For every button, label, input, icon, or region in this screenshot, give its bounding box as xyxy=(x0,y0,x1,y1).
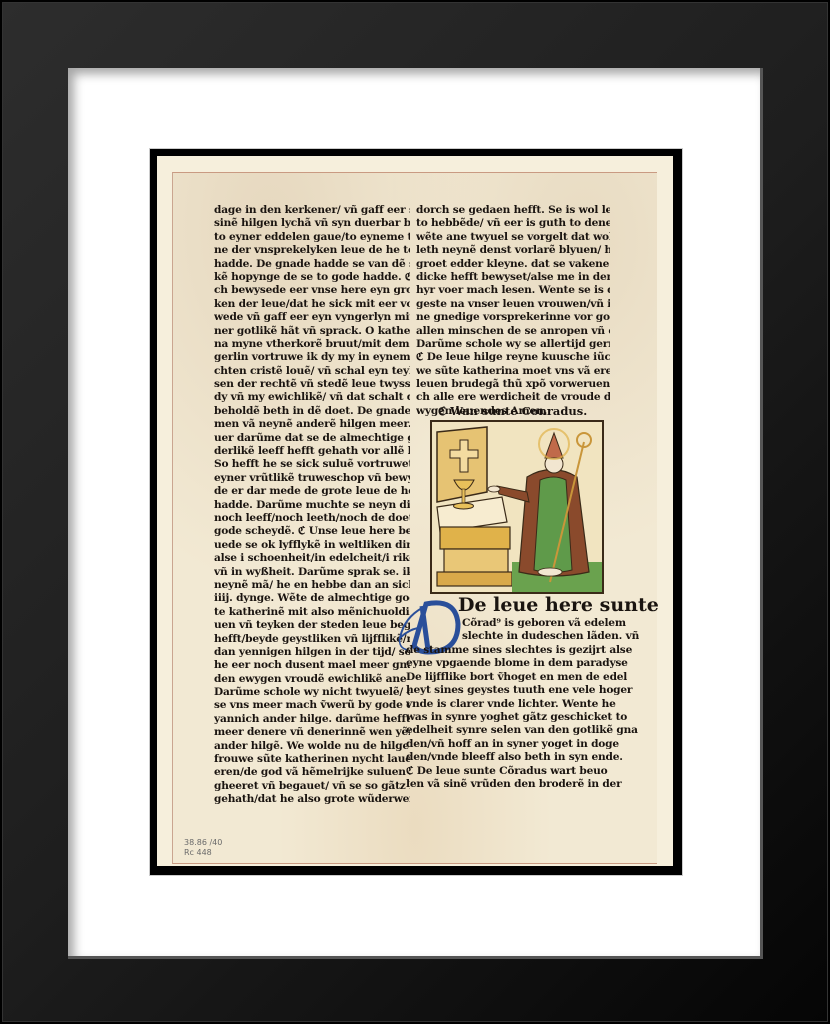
section-title: De leue here sunte xyxy=(458,594,659,616)
text-line: vñ in wyßheit. Darũme sprak se. ik wil xyxy=(214,566,410,579)
text-line: geste na vnser leuen vrouwen/vñ is ey xyxy=(416,298,610,311)
text-line: Cõrad⁹ is geboren vã edelem xyxy=(462,617,639,630)
text-line: dicke hefft bewyset/alse me in den teykẽ xyxy=(416,271,610,284)
text-line: noch leeff/noch leeth/noch de doet van xyxy=(214,512,410,525)
saint-conrad-woodcut-icon xyxy=(432,422,602,592)
text-line: gehath/dat he also grote wũderwerke xyxy=(214,793,410,806)
text-line: Darũme schole wy se allertijd gerne erẽ xyxy=(416,338,610,351)
text-line: to hebbẽde/ vñ eer is guth to denende. xyxy=(416,217,610,230)
text-line: derlikẽ leeff hefft gehath vor allẽ hilg… xyxy=(214,445,410,458)
text-line: len vã sinẽ vrũden den broderẽ in der xyxy=(406,778,638,791)
text-line: uede se ok lyfflykẽ in weltliken dingen/ xyxy=(214,539,410,552)
text-line: dorch se gedaen hefft. Se is wol leeff xyxy=(416,204,610,217)
left-text-column: dage in den kerkener/ vñ gaff eer sulues… xyxy=(214,204,410,807)
text-line: vnde is clarer vnde lichter. Wente he xyxy=(406,698,638,711)
text-line: hadde. De gnade hadde se van dẽ star xyxy=(214,258,410,271)
text-line: beholdẽ beth in dẽ doet. De gnade lest xyxy=(214,405,410,418)
text-line: na myne vtherkorẽ bruut/mit dem vin xyxy=(214,338,410,351)
text-line: dage in den kerkener/ vñ gaff eer sulue xyxy=(214,204,410,217)
text-line: De lijfflike bort ṽhoget en men de edel xyxy=(406,671,638,684)
text-line: de er dar mede de grote leue de he to er xyxy=(214,485,410,498)
text-line: ne der vnsprekelyken leue de he to eer xyxy=(214,244,410,257)
text-line: ℭ De leue hilge reyne kuusche iũcfrou xyxy=(416,351,610,364)
text-line: eren/de god vã hẽmelrijke suluen hefft xyxy=(214,766,410,779)
text-line: frouwe sũte katherinen nycht lauen vñ xyxy=(214,753,410,766)
text-line: wede vñ gaff eer eyn vyngerlyn mit si xyxy=(214,311,410,324)
text-line: slechte in dudeschen lãden. vñ xyxy=(462,630,639,643)
text-line: to eyner eddelen gaue/to eyneme teyke xyxy=(214,231,410,244)
text-line: hadde. Darũme muchte se neyn dinck xyxy=(214,499,410,512)
text-line: edelheit synre selen van den gotlikẽ gna xyxy=(406,724,638,737)
section-heading: ℭ Wan sunte Conradus. xyxy=(438,404,587,418)
text-line: den ewygen vroudẽ ewichlikẽ ane ende xyxy=(214,673,410,686)
text-line: we sũte katherina moet vns vã ereme xyxy=(416,365,610,378)
text-line: chten cristẽ louẽ/ vñ schal eyn teykẽ we xyxy=(214,365,410,378)
text-line: ch alle ere werdicheit de vroude des e- xyxy=(416,391,610,404)
text-line: uen vñ teyken der steden leue beghauet xyxy=(214,619,410,632)
right-text-column-bottom: de stamme sines slechtes is gezijrt alse… xyxy=(406,644,638,791)
text-line: So hefft he se sick suluẽ vortruwet mit xyxy=(214,458,410,471)
text-line: he eer noch dusent mael meer gnadẽ in xyxy=(214,659,410,672)
catalog-number: Rc 448 xyxy=(184,848,222,858)
woodcut-illustration xyxy=(430,420,604,594)
text-line: hefft/beyde geystliken vñ lijfflikẽ/meer xyxy=(214,633,410,646)
text-line: yannich ander hilge. darũme hefft se ok xyxy=(214,713,410,726)
text-line: ne gnedige vorsprekerinne vor gode/ xyxy=(416,311,610,324)
text-line: Darũme schole wy nicht twyuelẽ/ dat xyxy=(214,686,410,699)
picture-frame: dage in den kerkener/ vñ gaff eer sulues… xyxy=(0,0,830,1024)
collection-annotation: 38.86 /40 Rc 448 xyxy=(184,838,222,858)
text-line: gheeret vñ begauet/ vñ se so gãtz leeff xyxy=(214,780,410,793)
text-line: men vã neynẽ anderẽ hilgen meer. A- xyxy=(214,418,410,431)
text-line: te katherinẽ mit also mẽnichuoldigẽ ga xyxy=(214,606,410,619)
text-line: kẽ hopynge de se to gode hadde. ℭ No xyxy=(214,271,410,284)
text-line: dy vñ my ewichlikẽ/ vñ dat schalt du xyxy=(214,391,410,404)
text-line: sinẽ hilgen lychã vñ syn duerbar bloet xyxy=(214,217,410,230)
text-line: ner gotlikẽ hãt vñ sprack. O kathery- xyxy=(214,325,410,338)
text-line: ken der leue/dat he sick mit eer vortru- xyxy=(214,298,410,311)
text-line: den/vñ hoff an in syner yoget in doge xyxy=(406,738,638,751)
text-line: wẽte ane twyuel se vorgelt dat wol vñ xyxy=(416,231,610,244)
text-line: ℭ De leue sunte Cõradus wart beuo xyxy=(406,765,638,778)
text-line: groet edder kleyne. dat se vakene vnde xyxy=(416,258,610,271)
text-line: allen minschen de se anropen vñ eeren. xyxy=(416,325,610,338)
text-line: de stamme sines slechtes is gezijrt alse xyxy=(406,644,638,657)
right-text-indented: Cõrad⁹ is geboren vã edelemslechte in du… xyxy=(462,617,639,644)
text-line: meer denere vñ denerinnẽ wen yẽnyge xyxy=(214,726,410,739)
text-line: hyr voer mach lesen. Wente se is de ne xyxy=(416,284,610,297)
right-text-column-top: dorch se gedaen hefft. Se is wol leeffto… xyxy=(416,204,610,418)
text-line: uer darũme dat se de almechtige god sũ xyxy=(214,432,410,445)
text-line: ch bewysede eer vnse here eyn grot tei xyxy=(214,284,410,297)
text-line: se vns meer mach ṽwerũ by gode dã xyxy=(214,699,410,712)
text-line: dan yennigen hilgen in der tijd/ so deyt xyxy=(214,646,410,659)
accession-number: 38.86 /40 xyxy=(184,838,222,848)
text-line: gode scheydẽ. ℭ Unse leue here begha xyxy=(214,525,410,538)
text-line: neynẽ mã/ he en hebbe dan an sick de xyxy=(214,579,410,592)
text-line: heyt sines geystes tuuth ene vele hoger xyxy=(406,684,638,697)
text-line: leth neynẽ denst vorlarẽ blyuen/ he sy xyxy=(416,244,610,257)
text-line: ander hilgẽ. We wolde nu de hilge iũc xyxy=(214,740,410,753)
text-line: alse i schoenheit/in edelcheit/i rikedom xyxy=(214,552,410,565)
text-line: gerlin vortruwe ik dy my in eyneme re xyxy=(214,351,410,364)
text-line: leuen brudegã thũ xpõ vorweruen vor xyxy=(416,378,610,391)
text-line: den/vnde bleeff also beth in syn ende. xyxy=(406,751,638,764)
text-line: iiij. dynge. Wẽte de almechtige god sun xyxy=(214,592,410,605)
text-line: eyne vpgaende blome in dem paradyse xyxy=(406,657,638,670)
text-line: sen der rechtẽ vñ stedẽ leue twysschen xyxy=(214,378,410,391)
text-line: was in synre yoghet gãtz geschicket to xyxy=(406,711,638,724)
text-line: eyner vrũtlikẽ truweschop vñ bewyse xyxy=(214,472,410,485)
